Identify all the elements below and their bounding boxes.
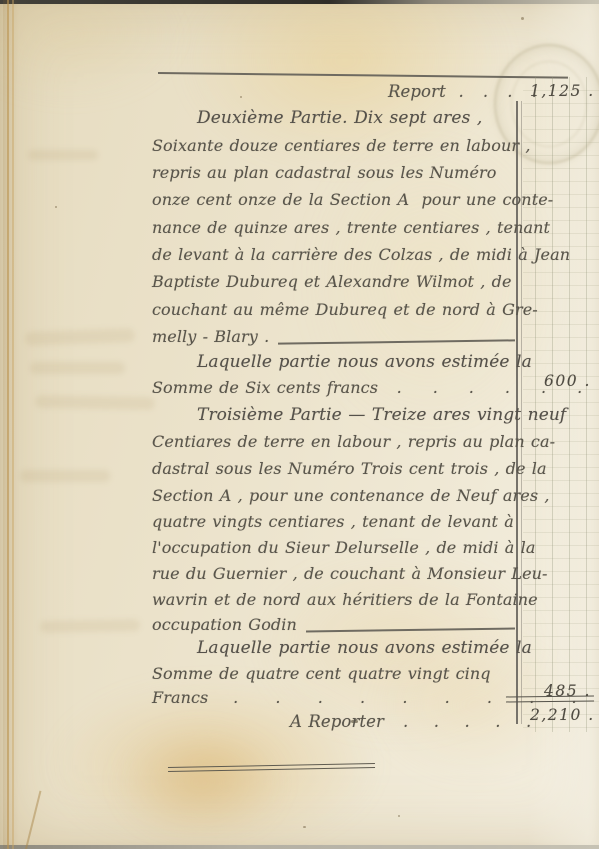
manuscript-line-text: melly - Blary . [152,327,269,347]
manuscript-line: Somme de Six cents francs . . . . . . [152,378,515,398]
manuscript-line: repris au plan cadastral sous les Numéro [152,163,515,183]
manuscript-line-text: dastral sous les Numéro Trois cent trois… [152,459,547,479]
manuscript-line-text: Soixante douze centiares de terre en lab… [152,136,531,156]
scan-edge-top [0,0,599,4]
binding-crease [7,0,9,849]
manuscript-line-text: Baptiste Dubureq et Alexandre Wilmot , d… [152,272,512,292]
manuscript-line-text: de levant à la carrière des Colzas , de … [152,245,570,265]
manuscript-line: Laquelle partie nous avons estimée la [197,638,515,658]
manuscript-line-text: nance de quinze ares , trente centiares … [152,218,550,238]
manuscript-line: melly - Blary . [152,327,515,347]
amount-value: 2,210 . [530,706,595,724]
manuscript-line: Soixante douze centiares de terre en lab… [152,136,515,156]
manuscript-line-text: Somme de Six cents francs . . . . . . [152,378,582,398]
manuscript-line: onze cent onze de la Section A pour une … [152,190,515,210]
scanned-manuscript-page: Report . . . .1,125 . .Deuxième Partie. … [0,0,599,849]
manuscript-line: Troisième Partie — Treize ares vingt neu… [197,405,515,425]
manuscript-line: wavrin et de nord aux héritiers de la Fo… [152,590,515,610]
manuscript-line: couchant au même Dubureq et de nord à Gr… [152,300,515,320]
manuscript-line: Report . . . . [388,82,537,102]
manuscript-line-text: Laquelle partie nous avons estimée la [197,638,532,658]
amount-value: 1,125 . . [530,82,599,100]
manuscript-line-text: occupation Godin [152,615,297,635]
manuscript-line-text: onze cent onze de la Section A pour une … [152,190,553,210]
manuscript-line-text: Report . . . . [388,82,537,102]
handwritten-text-layer: Report . . . .1,125 . .Deuxième Partie. … [0,0,599,849]
manuscript-line: Deuxième Partie. Dix sept ares , [197,108,515,128]
manuscript-line-text: Somme de quatre cent quatre vingt cinq [152,664,491,684]
manuscript-line-text: Section A , pour une contenance de Neuf … [152,486,550,506]
manuscript-line: Baptiste Dubureq et Alexandre Wilmot , d… [152,272,515,292]
manuscript-line: occupation Godin [152,615,515,635]
manuscript-line-text: Francs . . . . . . . . . [152,688,577,708]
manuscript-line: nance de quinze ares , trente centiares … [152,218,515,238]
binding-crease [12,0,14,849]
amount-value: 600 . [544,372,591,390]
manuscript-line: quatre vingts centiares , tenant de leva… [152,512,515,532]
manuscript-line: Somme de quatre cent quatre vingt cinq [152,664,515,684]
manuscript-line-text: Laquelle partie nous avons estimée la [197,352,532,372]
manuscript-line-text: l'occupation du Sieur Delurselle , de mi… [152,538,535,558]
manuscript-line-text: Centiares de terre en labour , repris au… [152,432,555,452]
manuscript-line: Laquelle partie nous avons estimée la [197,352,515,372]
manuscript-line: rue du Guernier , de couchant à Monsieur… [152,564,515,584]
manuscript-line-text: Troisième Partie — Treize ares vingt neu… [197,405,566,425]
binding-shadow [3,0,19,849]
amount-value: 485 . [544,682,591,700]
manuscript-line: Francs . . . . . . . . . [152,688,515,708]
paragraph-closing-rule [278,339,515,344]
manuscript-line-text: A Reporter . . . . . [290,712,531,732]
manuscript-line: de levant à la carrière des Colzas , de … [152,245,515,265]
scan-edge-bottom [0,845,599,849]
manuscript-line-text: repris au plan cadastral sous les Numéro [152,163,497,183]
manuscript-line-text: rue du Guernier , de couchant à Monsieur… [152,564,548,584]
paragraph-closing-rule [306,627,515,631]
manuscript-line: Centiares de terre en labour , repris au… [152,432,515,452]
manuscript-line-text: wavrin et de nord aux héritiers de la Fo… [152,590,538,610]
manuscript-line: Section A , pour une contenance de Neuf … [152,486,515,506]
manuscript-line-text: quatre vingts centiares , tenant de leva… [152,512,514,532]
manuscript-line: dastral sous les Numéro Trois cent trois… [152,459,515,479]
manuscript-line-text: Deuxième Partie. Dix sept ares , [197,108,482,128]
manuscript-line: l'occupation du Sieur Delurselle , de mi… [152,538,515,558]
manuscript-line-text: couchant au même Dubureq et de nord à Gr… [152,300,538,320]
manuscript-line: A Reporter . . . . . [290,712,531,732]
